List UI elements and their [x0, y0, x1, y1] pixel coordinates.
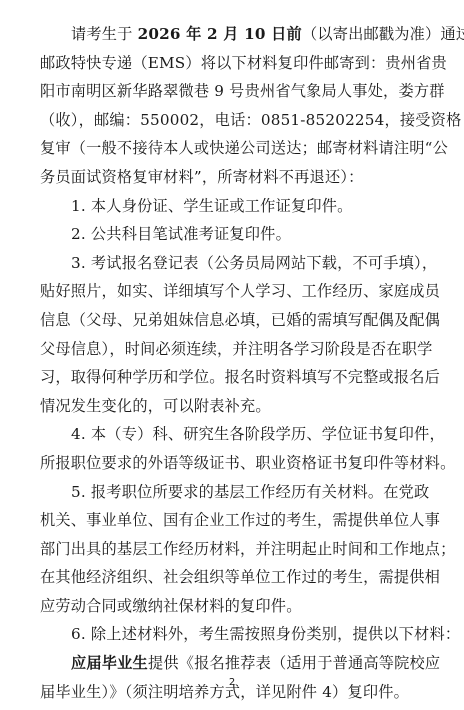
text-segment: 机关、事业单位、国有企业工作过的考生，需提供单位人事: [40, 511, 440, 529]
text-segment: 信息（父母、兄弟姐妹信息必填，已婚的需填写配偶及配偶: [40, 311, 440, 329]
text-segment: 所报职位要求的外语等级证书、职业资格证书复印件等材料。: [40, 454, 455, 472]
text-segment: （收），邮编：550002，电话：0851-85202254，接受资格: [40, 111, 461, 129]
text-line: 阳市南明区新华路翠微巷 9 号贵州省气象局人事处，娄方群: [40, 77, 422, 106]
document-body: 请考生于 2026 年 2 月 10 日前（以寄出邮戳为准）通过邮政特快专递（E…: [40, 20, 422, 706]
text-segment: 请考生于: [71, 25, 138, 43]
text-line: 邮政特快专递（EMS）将以下材料复印件邮寄到：贵州省贵: [40, 49, 422, 78]
paragraph-item-6: 6. 除上述材料外，考生需按照身份类别，提供以下材料：: [40, 620, 422, 649]
text-segment: 阳市南明区新华路翠微巷 9 号贵州省气象局人事处，娄方群: [40, 82, 445, 100]
text-line: 机关、事业单位、国有企业工作过的考生，需提供单位人事: [40, 506, 422, 535]
text-line: 5. 报考职位所要求的基层工作经历有关材料。在党政: [40, 478, 422, 507]
text-line: 4. 本（专）科、研究生各阶段学历、学位证书复印件，: [40, 420, 422, 449]
text-line: 6. 除上述材料外，考生需按照身份类别，提供以下材料：: [40, 620, 422, 649]
text-line: 部门出具的基层工作经历材料，并注明起止时间和工作地点；: [40, 535, 422, 564]
text-segment: 6. 除上述材料外，考生需按照身份类别，提供以下材料：: [71, 625, 460, 643]
text-segment: 部门出具的基层工作经历材料，并注明起止时间和工作地点；: [40, 540, 455, 558]
text-line: 在其他经济组织、社会组织等单位工作过的考生，需提供相: [40, 563, 422, 592]
paragraph-item-3: 3. 考试报名登记表（公务员局网站下载，不可手填），贴好照片，如实、详细填写个人…: [40, 249, 422, 421]
text-line: 习，取得何种学历和学位。报名时资料填写不完整或报名后: [40, 363, 422, 392]
paragraph-intro: 请考生于 2026 年 2 月 10 日前（以寄出邮戳为准）通过邮政特快专递（E…: [40, 20, 422, 192]
text-segment: 习，取得何种学历和学位。报名时资料填写不完整或报名后: [40, 368, 440, 386]
paragraph-item-5: 5. 报考职位所要求的基层工作经历有关材料。在党政机关、事业单位、国有企业工作过…: [40, 478, 422, 621]
text-segment: 3. 考试报名登记表（公务员局网站下载，不可手填），: [71, 254, 437, 272]
text-line: 信息（父母、兄弟姐妹信息必填，已婚的需填写配偶及配偶: [40, 306, 422, 335]
paragraph-item-1: 1. 本人身份证、学生证或工作证复印件。: [40, 192, 422, 221]
text-line: 1. 本人身份证、学生证或工作证复印件。: [40, 192, 422, 221]
text-line: 复审（一般不接待本人或快递公司送达；邮寄材料请注明“公: [40, 134, 422, 163]
text-line: 情况发生变化的，可以附表补充。: [40, 392, 422, 421]
text-line: 应劳动合同或缴纳社保材料的复印件。: [40, 592, 422, 621]
text-segment: 5. 报考职位所要求的基层工作经历有关材料。在党政: [71, 483, 429, 501]
paragraph-item-2: 2. 公共科目笔试准考证复印件。: [40, 220, 422, 249]
page-number: 2: [0, 677, 464, 688]
text-segment: 复审（一般不接待本人或快递公司送达；邮寄材料请注明“公: [40, 139, 448, 157]
text-line: （收），邮编：550002，电话：0851-85202254，接受资格: [40, 106, 422, 135]
text-segment: 4. 本（专）科、研究生各阶段学历、学位证书复印件，: [71, 425, 445, 443]
text-line: 务员面试资格复审材料”，所寄材料不再退还）：: [40, 163, 422, 192]
text-segment: 情况发生变化的，可以附表补充。: [40, 397, 271, 415]
text-segment: 2. 公共科目笔试准考证复印件。: [71, 225, 291, 243]
text-segment: 邮政特快专递（EMS）将以下材料复印件邮寄到：贵州省贵: [40, 54, 447, 72]
text-segment: 应劳动合同或缴纳社保材料的复印件。: [40, 597, 302, 615]
text-line: 应届毕业生提供《报名推荐表（适用于普通高等院校应: [40, 649, 422, 678]
bold-text: 2026 年 2 月 10 日前: [138, 25, 302, 43]
text-segment: 1. 本人身份证、学生证或工作证复印件。: [71, 197, 353, 215]
text-segment: 父母信息），时间必须连续，并注明各学习阶段是否在职学: [40, 340, 432, 358]
text-line: 贴好照片，如实、详细填写个人学习、工作经历、家庭成员: [40, 277, 422, 306]
text-segment: 提供《报名推荐表（适用于普通高等院校应: [148, 654, 440, 672]
text-line: 父母信息），时间必须连续，并注明各学习阶段是否在职学: [40, 335, 422, 364]
text-segment: 务员面试资格复审材料”，所寄材料不再退还）：: [40, 168, 364, 186]
text-line: 所报职位要求的外语等级证书、职业资格证书复印件等材料。: [40, 449, 422, 478]
text-line: 请考生于 2026 年 2 月 10 日前（以寄出邮戳为准）通过: [40, 20, 422, 49]
bold-text: 应届毕业生: [71, 654, 148, 672]
paragraph-item-4: 4. 本（专）科、研究生各阶段学历、学位证书复印件，所报职位要求的外语等级证书、…: [40, 420, 422, 477]
text-line: 2. 公共科目笔试准考证复印件。: [40, 220, 422, 249]
text-line: 3. 考试报名登记表（公务员局网站下载，不可手填），: [40, 249, 422, 278]
document-page: 请考生于 2026 年 2 月 10 日前（以寄出邮戳为准）通过邮政特快专递（E…: [0, 0, 464, 710]
text-segment: 在其他经济组织、社会组织等单位工作过的考生，需提供相: [40, 568, 440, 586]
text-segment: （以寄出邮戳为准）通过: [302, 25, 464, 43]
text-segment: 贴好照片，如实、详细填写个人学习、工作经历、家庭成员: [40, 282, 440, 300]
